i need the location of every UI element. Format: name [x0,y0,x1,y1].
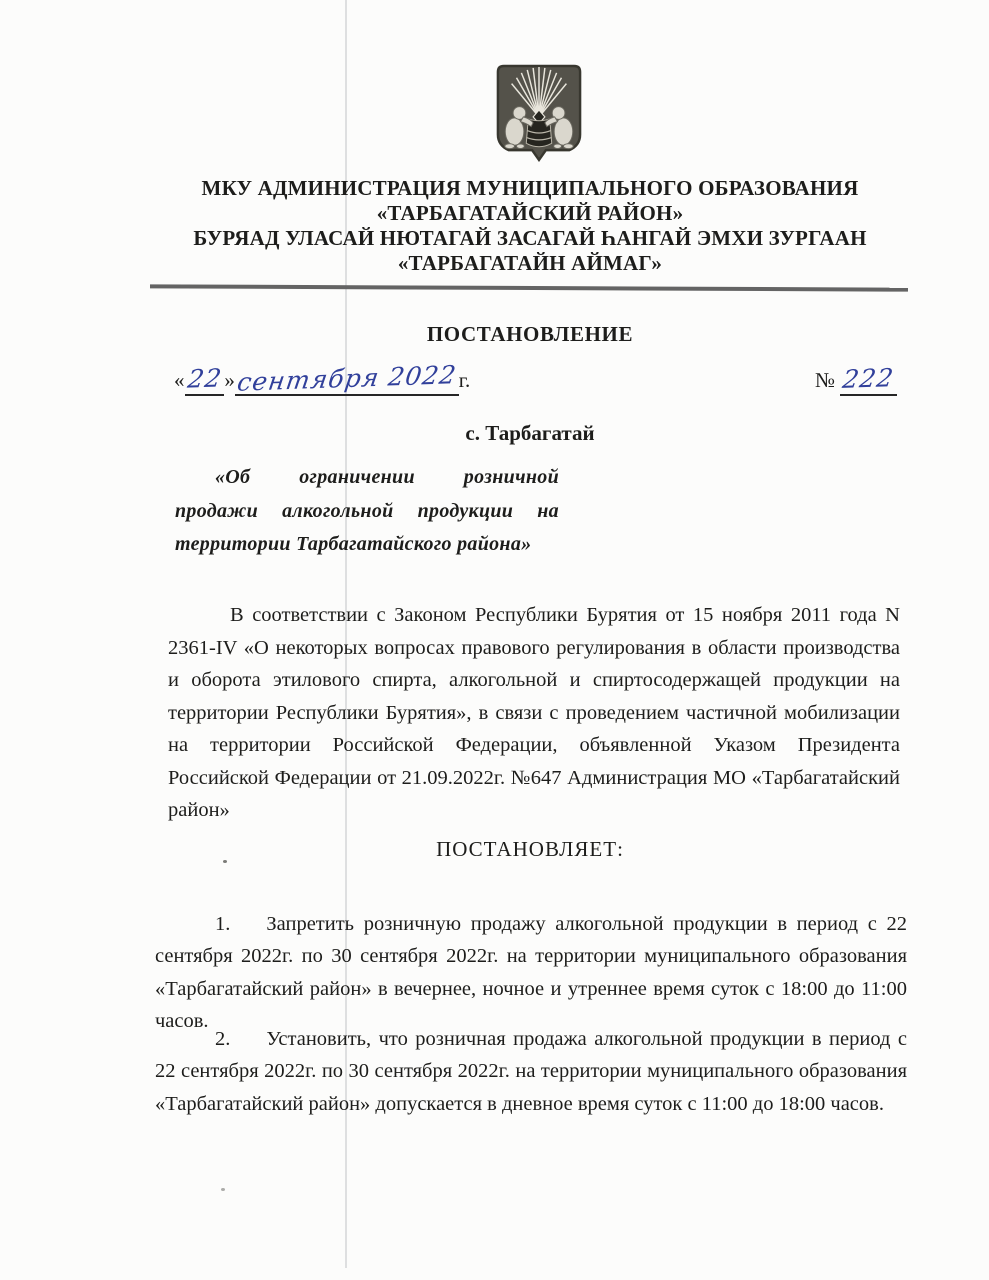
date-field: «22»сентября 2022г. [174,366,470,396]
letterhead-line-2: «ТАРБАГАТАЙСКИЙ РАЙОН» [95,201,965,226]
letterhead-line-1: МКУ АДМИНИСТРАЦИЯ МУНИЦИПАЛЬНОГО ОБРАЗОВ… [95,176,965,201]
date-number-row: «22»сентября 2022г. № 222 [0,364,989,404]
scan-speck [221,1188,225,1191]
letterhead-line-3: БУРЯАД УЛАСАЙ НЮТАГАЙ ЗАСАГАЙ ҺАНГАЙ ЭМХ… [95,226,965,251]
handwritten-month-year: сентября 2022 [235,362,458,395]
document-type-title: ПОСТАНОВЛЕНИЕ [130,322,930,347]
decree-subject: «Об ограничении розничной продажи алкого… [175,461,559,562]
decree-item-2: 2.Установить, что розничная продажа алко… [155,1023,907,1121]
item-1-number: 1. [215,913,266,935]
close-quote: » [224,368,235,392]
coat-of-arms-icon [494,60,584,162]
scanned-decree-page: МКУ АДМИНИСТРАЦИЯ МУНИЦИПАЛЬНОГО ОБРАЗОВ… [0,0,989,1280]
item-1-text: Запретить розничную продажу алкогольной … [155,913,907,1033]
item-2-number: 2. [215,1028,266,1050]
letterhead-divider [150,284,908,291]
number-sign: № [815,368,835,392]
letterhead-line-4: «ТАРБАГАТАЙН АЙМАГ» [95,251,965,276]
number-field: № 222 [815,366,897,396]
resolves-heading: ПОСТАНОВЛЯЕТ: [130,837,930,862]
handwritten-day: 22 [186,365,224,391]
preamble-paragraph: В соответствии с Законом Республики Буря… [168,599,900,827]
decree-item-1: 1.Запретить розничную продажу алкогольно… [155,908,907,1038]
letterhead: МКУ АДМИНИСТРАЦИЯ МУНИЦИПАЛЬНОГО ОБРАЗОВ… [95,176,965,276]
open-quote: « [174,368,185,392]
item-2-text: Установить, что розничная продажа алкого… [155,1028,907,1115]
year-suffix: г. [459,368,471,392]
handwritten-number: 222 [841,365,896,392]
place-name: с. Тарбагатай [130,421,930,446]
